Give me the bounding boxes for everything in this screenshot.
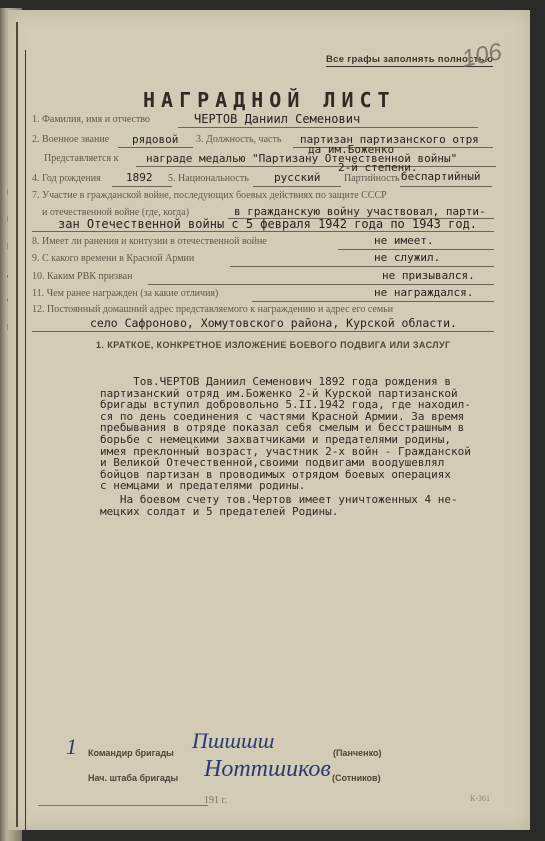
field-12-underline	[32, 331, 494, 332]
field-4-label: 4. Год рождения	[32, 173, 101, 184]
field-2-underline	[118, 147, 193, 148]
award-sheet-page: Все графы заполнять полностью 106 НАГРАД…	[8, 10, 530, 830]
commander-signature: Пшшшш	[192, 728, 274, 754]
commander-label: Командир бригады	[88, 748, 174, 758]
page-margin-rule-inner	[25, 50, 26, 830]
field-12-label: 12. Постоянный домашний адрес представля…	[32, 304, 393, 315]
field-11-value: не награждался.	[374, 286, 473, 299]
field-7-value-cont: зан Отечественной войны с 5 февраля 1942…	[58, 217, 477, 231]
field-9-underline	[230, 266, 494, 267]
field-8-value: не имеет.	[374, 234, 434, 247]
form-code: К-361	[470, 794, 490, 803]
field-7-label: 7. Участие в гражданской войне, последую…	[32, 190, 387, 201]
field-11-label: 11. Чем ранее награжден (за какие отличи…	[32, 288, 218, 299]
field-1-underline	[178, 127, 478, 128]
field-11-underline	[252, 301, 494, 302]
field-2-value: рядовой	[132, 133, 178, 146]
field-7-underline-2	[32, 231, 494, 232]
field-12-value: село Сафроново, Хомутовского района, Кур…	[90, 316, 457, 330]
field-3-label: 3. Должность, часть	[196, 134, 281, 145]
field-1-label: 1. Фамилия, имя и отчество	[32, 114, 150, 125]
field-5-value: русский	[274, 171, 320, 184]
document-title: НАГРАДНОЙ ЛИСТ	[143, 88, 396, 112]
chief-of-staff-label: Нач. штаба бригады	[88, 773, 178, 783]
feat-description-paragraph-1: Тов.ЧЕРТОВ Даниил Семенович 1892 года ро…	[100, 376, 520, 492]
handwritten-mark: 1	[66, 734, 77, 760]
field-9-value: не служил.	[374, 251, 440, 264]
presented-for-label: Представляется к	[44, 153, 119, 164]
field-10-value: не призывался.	[382, 269, 475, 282]
field-6-underline	[400, 186, 492, 187]
field-4-value: 1892	[126, 171, 153, 184]
feat-description-paragraph-2: На боевом счету тов.Чертов имеет уничтож…	[100, 494, 458, 518]
section-heading: 1. КРАТКОЕ, КОНКРЕТНОЕ ИЗЛОЖЕНИЕ БОЕВОГО…	[96, 340, 451, 350]
field-10-underline	[148, 284, 494, 285]
field-8-underline	[338, 249, 494, 250]
chief-of-staff-name: (Сотников)	[332, 773, 381, 783]
field-4-underline	[112, 186, 172, 187]
commander-name: (Панченко)	[333, 748, 381, 758]
archive-page-number: 106	[460, 38, 505, 74]
date-underline	[38, 805, 208, 806]
field-2-label: 2. Военное звание	[32, 134, 109, 145]
presented-for-underline	[136, 166, 496, 167]
field-1-value: ЧЕРТОВ Даниил Семенович	[194, 112, 360, 126]
field-6-label: Партийность	[344, 173, 400, 184]
field-9-label: 9. С какого времени в Красной Армии	[32, 253, 194, 264]
field-6-value: беспартийный	[401, 170, 480, 183]
field-5-underline	[253, 186, 341, 187]
field-10-label: 10. Каким РВК призван	[32, 271, 132, 282]
field-8-label: 8. Имеет ли ранения и контузии в отечест…	[32, 236, 267, 247]
chief-of-staff-signature: Ноттшиков	[204, 756, 331, 783]
page-margin-rule	[16, 22, 18, 827]
field-5-label: 5. Национальность	[168, 173, 249, 184]
date-year-suffix: 191 г.	[204, 795, 227, 806]
